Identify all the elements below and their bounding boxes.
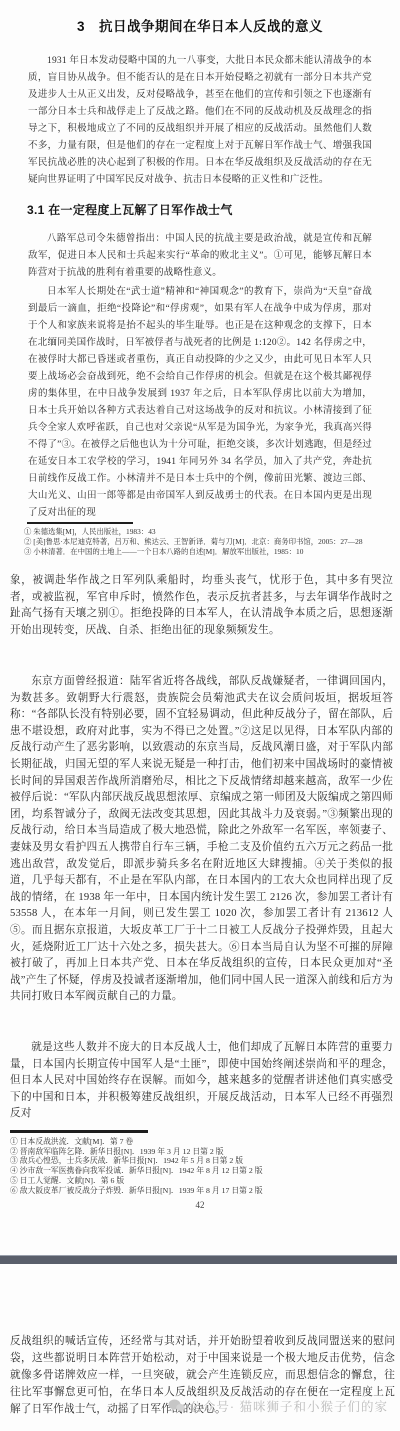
page-number: 42 <box>0 1200 400 1210</box>
intro-paragraph: 1931 年日本发动侵略中国的九一八事变，大批日本民众都未能认清战争的本质，盲目… <box>28 53 372 189</box>
footnote-item: ③ 敌兵心惶恐，士兵多厌战．新华日报[N]．1942 年 5 月 8 日第 2 … <box>10 1156 390 1166</box>
watermark: 公众号· 猫咪狮子和小猴子们的家 <box>168 1397 388 1415</box>
page-divider <box>0 1255 397 1264</box>
zhude-paragraph: 八路军总司令朱德曾指出：中国人民的抗战主要是政治战，就是宣传和瓦解敌军，促进日本… <box>28 231 372 282</box>
footnote-rule <box>10 1130 148 1133</box>
footnote-item: ⑤ 日工人觉醒．文献[N]．第 6 版 <box>10 1176 390 1186</box>
summary-paragraph: 就是这些人数并不庞大的日本反战人士，他们却成了瓦解日本阵营的重要力量，日本国内长… <box>10 1040 393 1123</box>
chapter-title: 3 抗日战争期间在华日本人反战的意义 <box>28 15 372 35</box>
footnote-item: ① 朱德选集[M]，人民出版社，1983：43 <box>24 527 396 537</box>
bushido-paragraph: 日本军人长期处在“武士道”精神和“神国观念”的教育下，崇尚为“天皇”奋战到最后一… <box>28 284 372 522</box>
continuation-paragraph: 象，被调赴华作战之日军列队乘船时，均垂头丧气，忧形于色，其中多有哭泣者，或被监视… <box>10 573 393 639</box>
tokyo-report-paragraph: 东京方面曾经报道：陆军省近将各战线，部队反战嫌疑者，一律调回国内，为数甚多。致朝… <box>10 674 393 1006</box>
footnote-item: ④ 沙市敌一军医携眷向我军投诚．新华日报[N]．1942 年 8 月 12 日第… <box>10 1166 390 1176</box>
footnote-item: ② [美]鲁思·本尼迪克特著，吕万和、熊达云、王智新译．菊与刀[M]．北京：商务… <box>24 537 396 547</box>
section-heading-3-1: 3.1 在一定程度上瓦解了日军作战士气 <box>27 201 371 218</box>
footnote-item: ② 晋南敌军临阵乞降．新华日报[N]．1939 年 3 月 12 日第 2 版 <box>10 1147 390 1157</box>
wechat-icon <box>168 1399 185 1413</box>
footnote-rule <box>27 522 133 524</box>
footnote-item: ③ 小林清著．在中国的土地上——一个日本八路的自述[M]．解放军出版社，1985… <box>24 547 396 557</box>
scanned-thesis-pages: 3 抗日战争期间在华日本人反战的意义 1931 年日本发动侵略中国的九一八事变，… <box>0 0 400 1431</box>
footnote-block: ① 朱德选集[M]，人民出版社，1983：43 ② [美]鲁思·本尼迪克特著，吕… <box>24 527 396 557</box>
footnote-item: ⑥ 敌大阪皮革厂被反战分子炸毁．新华日报[N]．1939 年 8 月 17 日第… <box>10 1186 390 1196</box>
footnote-block: ① 日本反战洪流．文献[M]．第 7 卷 ② 晋南敌军临阵乞降．新华日报[N]．… <box>10 1137 390 1195</box>
watermark-label: 公众号· 猫咪狮子和小猴子们的家 <box>189 1397 388 1415</box>
footnote-item: ① 日本反战洪流．文献[M]．第 7 卷 <box>10 1137 390 1147</box>
